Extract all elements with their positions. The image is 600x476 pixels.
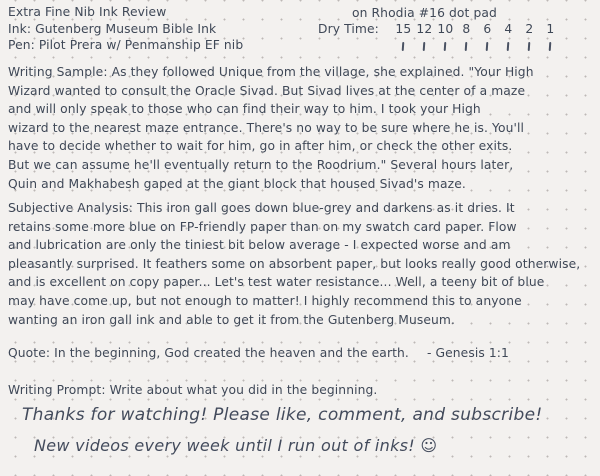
review-header: Extra Fine Nib Ink Review Ink: Gutenberg… — [8, 4, 243, 54]
subjective-analysis-line: wanting an iron gall ink and able to get… — [8, 311, 580, 330]
writing-sample-line: wizard to the nearest maze entrance. The… — [8, 119, 534, 138]
dry-time-step: 6 — [477, 20, 498, 51]
dry-time-step: 8 — [456, 20, 477, 51]
closing-schedule-line: New videos every week until I run out of… — [34, 437, 437, 456]
ink-smear-mark — [444, 42, 447, 51]
dry-time-scale: 15 12 10 8 6 4 — [393, 20, 561, 51]
subjective-analysis-line: Subjective Analysis: This iron gall goes… — [8, 199, 580, 218]
subjective-analysis-line: pleasantly surprised. It feathers some o… — [8, 255, 580, 274]
dry-time-step: 1 — [540, 20, 561, 51]
subjective-analysis-line: may have come up, but not enough to matt… — [8, 292, 580, 311]
quote-attribution: - Genesis 1:1 — [427, 344, 509, 363]
writing-prompt: Writing Prompt: Write about what you did… — [8, 381, 377, 400]
ink-smear-mark — [423, 42, 426, 51]
writing-sample-paragraph: Writing Sample: As they followed Unique … — [8, 63, 534, 193]
dry-time-value: 15 — [395, 20, 411, 39]
quote-section: Quote: In the beginning, God created the… — [8, 344, 509, 363]
dry-time-value: 1 — [546, 20, 554, 39]
dry-time-value: 2 — [525, 20, 533, 39]
dry-time-step: 2 — [519, 20, 540, 51]
dry-time-value: 4 — [504, 20, 512, 39]
dry-time-step: 4 — [498, 20, 519, 51]
writing-sample-line: Writing Sample: As they followed Unique … — [8, 63, 534, 82]
dry-time-value: 8 — [462, 20, 470, 39]
subjective-analysis-line: retains some more blue on FP-friendly pa… — [8, 218, 580, 237]
ink-smear-mark — [528, 42, 531, 51]
dry-time-value: 10 — [437, 20, 453, 39]
page-title: Extra Fine Nib Ink Review — [8, 4, 243, 21]
ink-smear-mark — [465, 42, 468, 51]
subjective-analysis-line: and is excellent on copy paper... Let's … — [8, 273, 580, 292]
dry-time-value: 6 — [483, 20, 491, 39]
ink-smear-mark — [402, 42, 405, 51]
dry-time-test: Dry Time: 15 12 10 8 6 4 — [318, 20, 561, 51]
writing-sample-line: But we can assume he'll eventually retur… — [8, 156, 534, 175]
subjective-analysis-line: and lubrication are only the tiniest bit… — [8, 236, 580, 255]
ink-smear-mark — [486, 42, 489, 51]
ink-smear-mark — [507, 42, 510, 51]
subjective-analysis-paragraph: Subjective Analysis: This iron gall goes… — [8, 199, 580, 329]
quote-text: Quote: In the beginning, God created the… — [8, 344, 409, 363]
ink-smear-mark — [549, 42, 552, 51]
closing-thanks-line: Thanks for watching! Please like, commen… — [22, 406, 542, 425]
dry-time-step: 12 — [414, 20, 435, 51]
writing-sample-line: Quin and Makhabesh gaped at the giant bl… — [8, 175, 534, 194]
writing-sample-line: Wizard wanted to consult the Oracle Siva… — [8, 82, 534, 101]
ink-name-line: Ink: Gutenberg Museum Bible Ink — [8, 21, 243, 38]
writing-sample-line: have to decide whether to wait for him, … — [8, 137, 534, 156]
dry-time-step: 15 — [393, 20, 414, 51]
writing-sample-line: and will only speak to those who can fin… — [8, 100, 534, 119]
pen-name-line: Pen: Pilot Prera w/ Penmanship EF nib — [8, 37, 243, 54]
dry-time-value: 12 — [416, 20, 432, 39]
dry-time-step: 10 — [435, 20, 456, 51]
handwritten-ink-review-page: Extra Fine Nib Ink Review Ink: Gutenberg… — [0, 0, 600, 476]
dry-time-label: Dry Time: — [318, 20, 379, 39]
